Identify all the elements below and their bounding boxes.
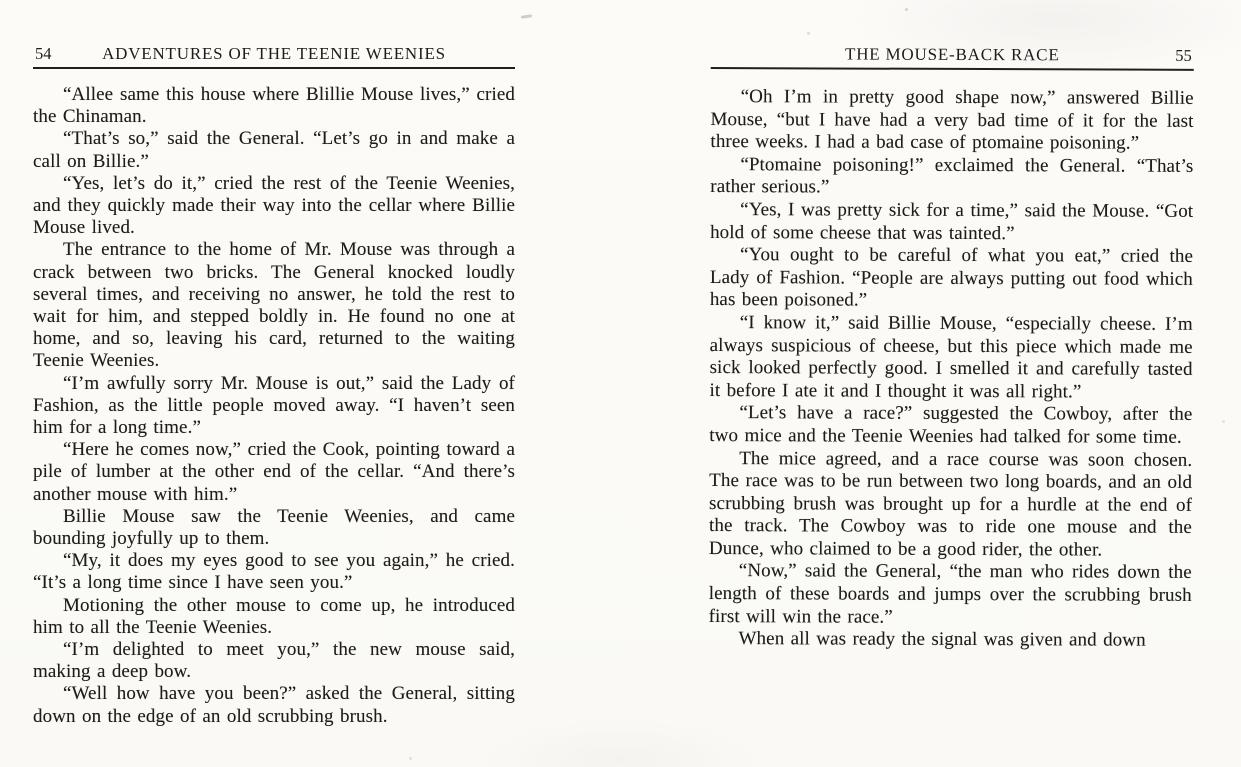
paragraph: “Well how have you been?” asked the Gene…	[33, 683, 515, 727]
running-title-right: THE MOUSE-BACK RACE	[845, 45, 1060, 65]
scan-speck	[409, 757, 412, 760]
running-header-right: THE MOUSE-BACK RACE 55	[711, 44, 1194, 65]
scan-speck	[1222, 420, 1225, 423]
paragraph: “I’m delighted to meet you,” the new mou…	[33, 639, 515, 683]
paragraph: “You ought to be careful of what you eat…	[710, 244, 1193, 314]
paragraph: “Oh I’m in pretty good shape now,” answe…	[710, 86, 1193, 156]
paragraph: Billie Mouse saw the Teenie Weenies, and…	[33, 506, 515, 550]
page-number-left: 54	[35, 44, 52, 64]
paragraph: The entrance to the home of Mr. Mouse wa…	[33, 239, 515, 372]
paragraph: “Ptomaine poisoning!” exclaimed the Gene…	[710, 154, 1193, 201]
paragraph: “I know it,” said Billie Mouse, “especia…	[709, 312, 1192, 404]
page-54: 54 ADVENTURES OF THE TEENIE WEENIES “All…	[33, 0, 515, 728]
page-number-right: 55	[1175, 46, 1192, 66]
running-title-left: ADVENTURES OF THE TEENIE WEENIES	[102, 44, 446, 63]
paragraph: “My, it does my eyes good to see you aga…	[33, 550, 515, 594]
paragraph: The mice agreed, and a race course was s…	[709, 447, 1192, 562]
paragraph: “Here he comes now,” cried the Cook, poi…	[33, 439, 515, 506]
paragraph: “Yes, I was pretty sick for a time,” sai…	[710, 199, 1193, 246]
header-rule-left	[33, 67, 515, 69]
paragraph: When all was ready the signal was given …	[709, 628, 1192, 652]
paragraph: “Now,” said the General, “the man who ri…	[709, 560, 1192, 630]
header-rule-right	[711, 67, 1194, 71]
page-body-left: “Allee same this house where Blillie Mou…	[33, 84, 515, 728]
page-body-right: “Oh I’m in pretty good shape now,” answe…	[709, 86, 1194, 653]
running-header-left: 54 ADVENTURES OF THE TEENIE WEENIES	[33, 44, 515, 63]
scan-speck	[521, 14, 532, 19]
paragraph: “I’m awfully sorry Mr. Mouse is out,” sa…	[33, 373, 515, 440]
paragraph: “Let’s have a race?” suggested the Cowbo…	[709, 402, 1192, 449]
paragraph: “Yes, let’s do it,” cried the rest of th…	[33, 173, 515, 240]
paragraph: “Allee same this house where Blillie Mou…	[33, 84, 515, 128]
page-55: THE MOUSE-BACK RACE 55 “Oh I’m in pretty…	[709, 0, 1194, 653]
paragraph: “That’s so,” said the General. “Let’s go…	[33, 128, 515, 172]
paragraph: Motioning the other mouse to come up, he…	[33, 595, 515, 639]
